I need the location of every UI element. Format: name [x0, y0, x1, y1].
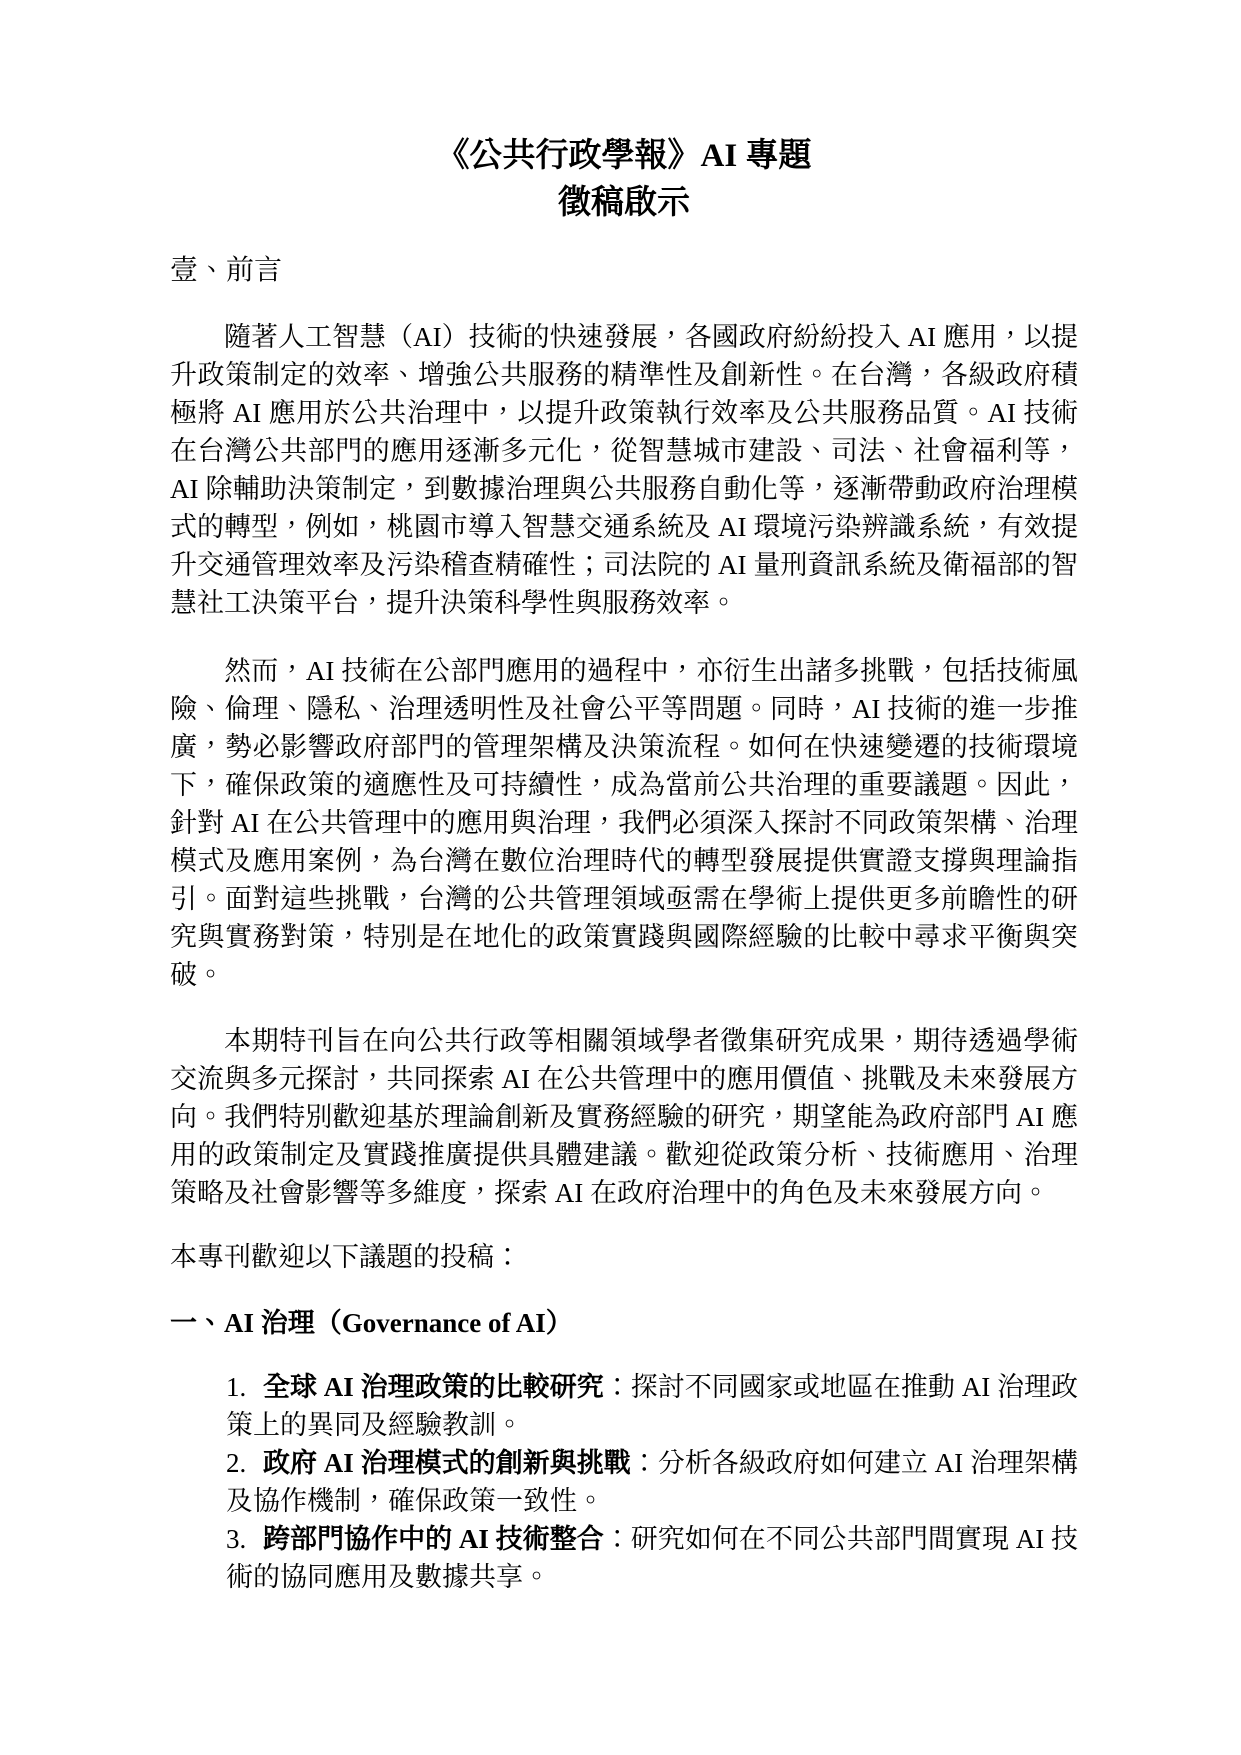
preface-paragraph-2: 然而，AI 技術在公部門應用的過程中，亦衍生出諸多挑戰，包括技術風險、倫理、隱私…: [170, 652, 1078, 994]
topic-item-number: 2.: [226, 1444, 263, 1482]
document-title: 《公共行政學報》AI 專題 徵稿啟示: [170, 133, 1078, 227]
topic-item-lead: 跨部門協作中的 AI 技術整合: [263, 1524, 604, 1554]
document-page: 《公共行政學報》AI 專題 徵稿啟示 壹、前言 隨著人工智慧（AI）技術的快速發…: [0, 0, 1241, 1755]
section-heading-preface: 壹、前言: [170, 252, 1078, 290]
topic-list-item: 1.全球 AI 治理政策的比較研究：探討不同國家或地區在推動 AI 治理政策上的…: [170, 1368, 1078, 1444]
topic-item-lead: 政府 AI 治理模式的創新與挑戰: [263, 1448, 631, 1478]
topic-item-number: 1.: [226, 1368, 263, 1406]
document-content: 《公共行政學報》AI 專題 徵稿啟示 壹、前言 隨著人工智慧（AI）技術的快速發…: [0, 0, 1241, 1596]
topic-item-number: 3.: [226, 1520, 263, 1558]
title-line-2: 徵稿啟示: [558, 185, 690, 221]
topics-intro-line: 本專刊歡迎以下議題的投稿：: [170, 1238, 1078, 1276]
preface-paragraph-3: 本期特刊旨在向公共行政等相關領域學者徵集研究成果，期待透過學術交流與多元探討，共…: [170, 1022, 1078, 1212]
topic-list-item: 3.跨部門協作中的 AI 技術整合：研究如何在不同公共部門間實現 AI 技術的協…: [170, 1520, 1078, 1596]
topic-item-lead: 全球 AI 治理政策的比較研究: [263, 1372, 604, 1402]
topic-list: 1.全球 AI 治理政策的比較研究：探討不同國家或地區在推動 AI 治理政策上的…: [170, 1368, 1078, 1596]
title-line-1: 《公共行政學報》AI 專題: [437, 138, 812, 174]
topic-heading-governance: 一、AI 治理（Governance of AI）: [170, 1304, 1078, 1342]
topic-list-item: 2.政府 AI 治理模式的創新與挑戰：分析各級政府如何建立 AI 治理架構及協作…: [170, 1444, 1078, 1520]
preface-paragraph-1: 隨著人工智慧（AI）技術的快速發展，各國政府紛紛投入 AI 應用，以提升政策制定…: [170, 318, 1078, 622]
